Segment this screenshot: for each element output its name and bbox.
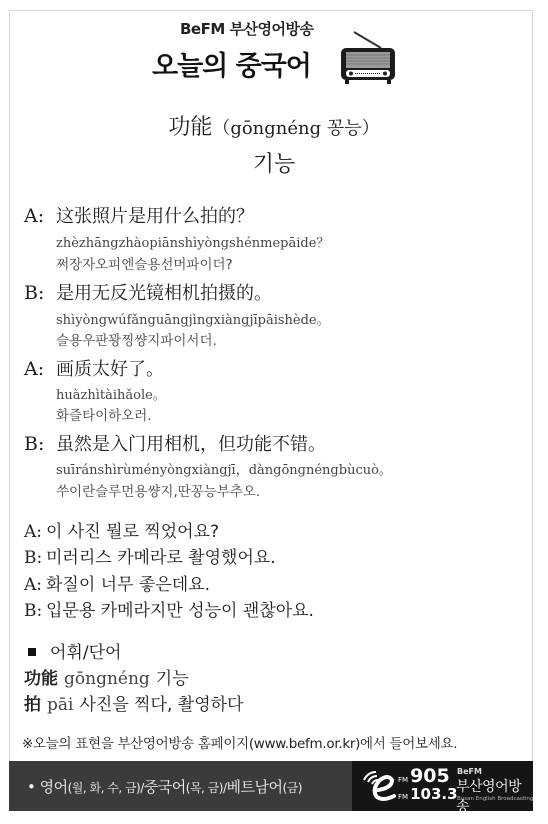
dialogue-line: A:画质太好了。: [24, 355, 164, 381]
homepage-note: ※오늘의 표현을 부산영어방송 홈페이지(www.befm.or.kr)에서 들…: [22, 732, 457, 752]
radio-icon: [337, 28, 399, 86]
pinyin-line: zhèzhāngzhàopiānshìyòngshénmepāide？: [56, 232, 329, 251]
program-title: 오늘의 중국어: [152, 44, 311, 83]
pinyin-line: huàzhìtàihǎole。: [56, 384, 166, 403]
vocab-item: 拍pāi사진을 찍다, 촬영하다: [24, 690, 243, 715]
brand-line: BeFM 부산영어방송: [180, 18, 313, 39]
vocab-item: 功能gōngnéng기능: [24, 664, 189, 689]
translation-line: B:입문용 카메라지만 성능이 괜찮아요.: [24, 596, 314, 621]
frequency-1033: FM103.3: [398, 785, 458, 803]
reading-line: 화즐타이하오러.: [56, 404, 152, 424]
translation-line: A:이 사진 뭘로 찍었어요?: [24, 517, 219, 542]
vocab-heading: 어휘/단어: [24, 638, 121, 663]
lesson-word-ko: 기능: [0, 147, 548, 178]
translation-line: A:화질이 너무 좋은데요.: [24, 570, 210, 595]
pinyin-line: suīránshìrùményòngxiàngjī，dàngōngnéngbùc…: [56, 459, 392, 478]
translation-line: B:미러리스 카메라로 촬영했어요.: [24, 543, 276, 568]
dialogue-line: B:虽然是入门用相机，但功能不错。: [24, 430, 326, 456]
lesson-word-pinyin: （gōngnéng 꽁능）: [212, 118, 379, 139]
dialogue-line: A:这张照片是用什么拍的？: [24, 202, 254, 228]
lesson-word: 功能（gōngnéng 꽁능）: [0, 110, 548, 141]
station-tag: BeFM: [457, 767, 482, 776]
frequency-905: FM905: [398, 765, 450, 787]
befm-e-logo-icon: [358, 766, 402, 806]
station-name-en: Busan English Broadcasting: [457, 796, 533, 802]
schedule-text: • 영어(월, 화, 수, 금)/중국어(목, 금)/베트남어(금): [27, 776, 302, 797]
pinyin-line: shìyòngwúfǎnguāngjìngxiàngjīpāishède。: [56, 309, 330, 328]
dialogue-line: B:是用无反光镜相机拍摄的。: [24, 279, 272, 305]
header: BeFM 부산영어방송 오늘의 중국어: [0, 0, 548, 95]
reading-line: 슬용우판꽝찡썅지파이서더.: [56, 329, 217, 349]
schedule-bar: • 영어(월, 화, 수, 금)/중국어(목, 금)/베트남어(금): [9, 761, 352, 811]
lesson-word-zh: 功能: [168, 115, 212, 140]
square-bullet-icon: [28, 648, 36, 656]
reading-line: 쩌장자오피엔슬용선머파이더?: [56, 253, 233, 273]
station-logo: FM905 FM103.3 BeFM 부산영어방송 Busan English …: [352, 761, 533, 811]
reading-line: 쑤이란슬루먼용썅지,딴꽁능부추오.: [56, 480, 260, 500]
